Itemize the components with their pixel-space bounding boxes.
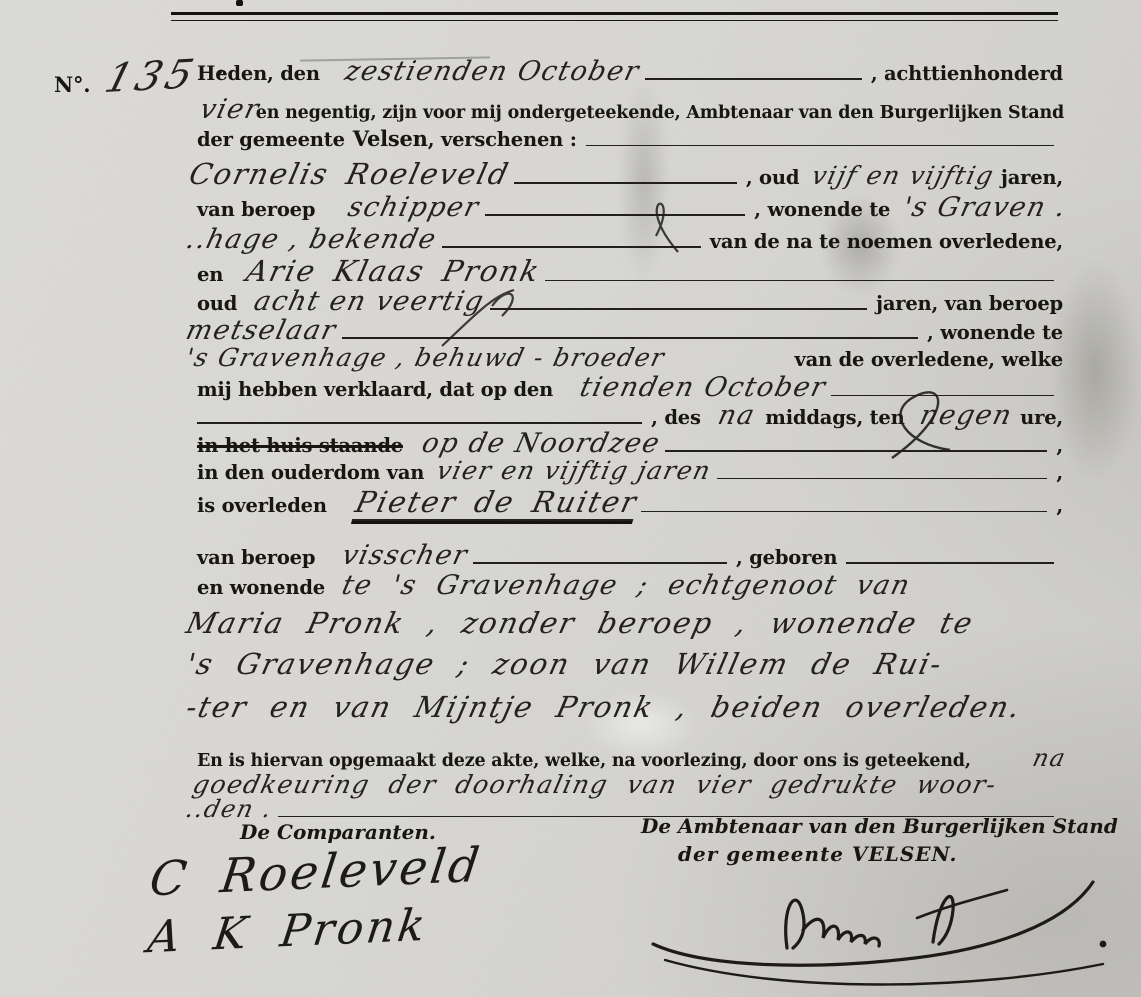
printed-text: en negentig, zijn voor mij ondergeteeken… (256, 103, 1064, 123)
printed-text: , (1056, 434, 1063, 457)
caption-text: der gemeente VELSEN. (678, 842, 957, 866)
declarant2-name: Arie Klaas Pronk (243, 254, 544, 288)
blank-rule (490, 308, 867, 310)
form-line: der gemeente Velsen , verschenen : (197, 126, 1063, 151)
form-line: en Arie Klaas Pronk (197, 254, 1063, 288)
form-line: -ter en van Mijntje Pronk , beiden overl… (183, 690, 1017, 724)
parents-line-2: -ter en van Mijntje Pronk , beiden overl… (183, 690, 1025, 724)
ink-smudge (1050, 260, 1140, 480)
form-line: is overleden Pieter de Ruiter , (197, 485, 1063, 524)
declarant1-age: vijf en vijftig (809, 161, 997, 190)
printed-text: van de overledene, welke (794, 348, 1063, 371)
closing-line: En is hiervan opgemaakt deze akte, welke… (197, 744, 1063, 772)
blank-rule (197, 422, 642, 424)
caption-text: De Ambtenaar van den Burgerlijken Stand (641, 814, 1118, 838)
act-number-label: N°. (54, 72, 90, 97)
deceased-name: Pieter de Ruiter (351, 485, 641, 524)
handwritten-text: vier (197, 94, 263, 125)
printed-text: jaren, (1001, 166, 1063, 189)
death-hour: negen (917, 400, 1016, 431)
printed-text: der gemeente (197, 128, 345, 151)
deceased-residence: te 's Gravenhage ; echtgenoot van (339, 570, 914, 601)
printed-text: middags, ten (765, 406, 904, 429)
death-place: op de Noordzee (419, 428, 664, 459)
printed-text: , (1056, 461, 1063, 484)
spouse-line: Maria Pronk , zonder beroep , wonende te (183, 606, 977, 640)
printed-text: is overleden (197, 494, 327, 517)
blank-rule (645, 78, 862, 80)
declarant2-residence: 's Gravenhage , behuwd - broeder (183, 343, 668, 372)
printed-text: , achttienhonderd (871, 62, 1063, 85)
official-caption-1: De Ambtenaar van den Burgerlijken Stand (641, 814, 1118, 838)
printed-text: en wonende (197, 576, 325, 599)
printed-text: en (197, 263, 223, 286)
death-date: tienden October (577, 372, 829, 403)
official-signature (635, 848, 1125, 996)
blank-rule (846, 562, 1054, 564)
blank-rule (442, 246, 701, 248)
deceased-occupation: visscher (339, 540, 471, 571)
form-line: mij hebben verklaard, dat op den tienden… (197, 372, 1063, 403)
form-line: van beroep schipper , wonende te 's Grav… (197, 192, 1063, 223)
handwritten-text: na (1030, 744, 1069, 772)
municipality-name: Velsen (353, 126, 428, 151)
official-caption-2: der gemeente VELSEN. (678, 842, 957, 866)
parents-line-1: 's Gravenhage ; zoon van Willem de Rui- (183, 647, 947, 681)
printed-text: , wonende te (927, 321, 1063, 344)
blank-rule (485, 214, 746, 216)
struck-printed-text: in het huis staande (197, 434, 403, 457)
header-double-rule (171, 12, 1058, 21)
form-line: 's Gravenhage , behuwd - broeder van de … (183, 343, 1063, 372)
blank-rule (342, 337, 919, 339)
deceased-age: vier en vijftig jaren (434, 456, 714, 485)
printed-text: mij hebben verklaard, dat op den (197, 378, 553, 401)
printed-text: jaren, van beroep (876, 292, 1063, 315)
blank-rule (665, 450, 1047, 452)
declarant1-occupation: schipper (345, 192, 483, 223)
declarant1-name: Cornelis Roeleveld (186, 157, 513, 191)
handwritten-text: zestienden October (342, 56, 643, 87)
form-line: metselaar , wonende te (183, 315, 1063, 346)
printed-text: , oud (746, 166, 799, 189)
blank-rule (641, 511, 1047, 512)
handwritten-text: ..hage , bekende (183, 224, 440, 255)
printed-text: , des (651, 406, 701, 429)
form-line: oud acht en veertig jaren, van beroep (197, 286, 1063, 317)
form-line: Cornelis Roeleveld , oud vijf en vijftig… (186, 157, 1063, 191)
death-certificate-page: N°. 135 · Heden, den zestienden October … (0, 0, 1141, 997)
blank-rule (473, 562, 727, 564)
blank-rule (586, 145, 1054, 146)
ink-speck (236, 0, 243, 6)
handwritten-text: ..den . (183, 795, 276, 823)
declarant1-residence: 's Graven . (900, 192, 1070, 223)
form-line: Maria Pronk , zonder beroep , wonende te (183, 606, 970, 640)
blank-rule (831, 395, 1054, 396)
signature-comparant-1: C Roeleveld (147, 838, 486, 908)
printed-text: van beroep (197, 546, 315, 569)
declarant2-age: acht en veertig (251, 286, 488, 317)
blank-rule (545, 280, 1054, 281)
printed-text: , verschenen : (428, 128, 577, 151)
printed-text: En is hiervan opgemaakt deze akte, welke… (197, 751, 971, 771)
form-line: van beroep visscher , geboren (197, 540, 1063, 571)
form-line: in den ouderdom van vier en vijftig jare… (197, 456, 1063, 485)
printed-text: van beroep (197, 198, 315, 221)
printed-text: ure, (1020, 406, 1063, 429)
printed-text: oud (197, 292, 237, 315)
printed-text: , geboren (736, 546, 837, 569)
blank-rule (717, 478, 1047, 479)
form-line: in het huis staande op de Noordzee , (197, 428, 1063, 459)
form-line: , des na middags, ten negen ure, (197, 400, 1063, 431)
signature-comparant-2: A K Pronk (145, 900, 431, 964)
form-line: ..hage , bekende van de na te noemen ove… (183, 224, 1063, 255)
printed-text: van de na te noemen overledene, (710, 230, 1063, 253)
form-line: 's Gravenhage ; zoon van Willem de Rui- (183, 647, 939, 681)
printed-text: , wonende te (754, 198, 890, 221)
printed-text: Heden, den (197, 62, 320, 85)
printed-text: , (1056, 494, 1063, 517)
form-line: vier en negentig, zijn voor mij onderget… (197, 94, 1063, 125)
blank-rule (514, 182, 737, 184)
printed-text: in den ouderdom van (197, 461, 424, 484)
declarant2-occupation: metselaar (183, 315, 340, 346)
form-line: en wonende te 's Gravenhage ; echtgenoot… (197, 570, 1063, 601)
death-daypart: na (715, 400, 759, 431)
